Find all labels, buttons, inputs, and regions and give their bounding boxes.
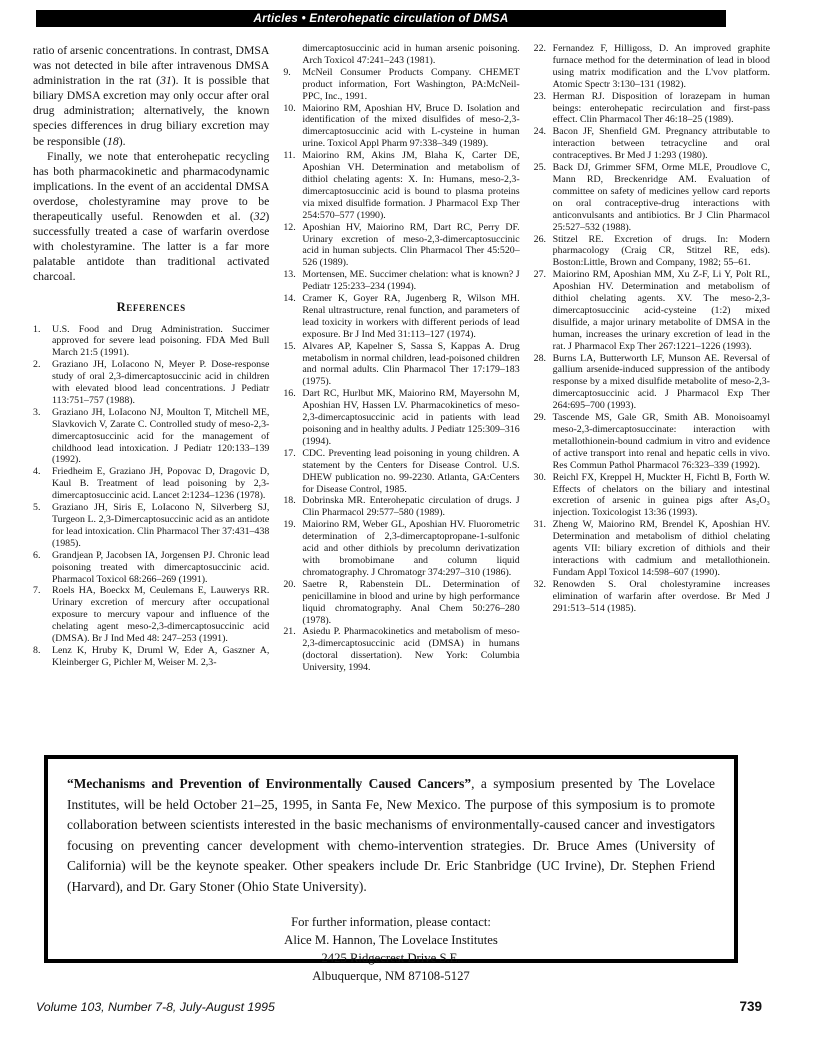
reference-text: Reichl FX, Kreppel H, Muckter H, Fichtl …	[553, 472, 770, 520]
reference-number: 31.	[534, 519, 553, 579]
reference-text: Asiedu P. Pharmacokinetics and metabolis…	[302, 626, 519, 674]
contact-line: For further information, please contact:	[67, 913, 715, 931]
reference-item: 22. Fernandez F, Hilligoss, D. An improv…	[534, 43, 770, 91]
symposium-announcement-box: “Mechanisms and Prevention of Environmen…	[44, 755, 738, 963]
reference-number: 10.	[283, 103, 302, 151]
reference-number: 17.	[283, 448, 302, 496]
reference-number: 12.	[283, 222, 302, 270]
journal-page: Articles • Enterohepatic circulation of …	[0, 0, 816, 1051]
reference-item: 10. Maiorino RM, Aposhian HV, Bruce D. I…	[283, 103, 519, 151]
reference-number: 23.	[534, 91, 553, 127]
reference-item: 17. CDC. Preventing lead poisoning in yo…	[283, 448, 519, 496]
reference-number: 8.	[33, 645, 52, 669]
reference-item: 27. Maiorino RM, Aposhian MM, Xu Z-F, Li…	[534, 269, 770, 352]
reference-number: 13.	[283, 269, 302, 293]
reference-number: 1.	[33, 324, 52, 360]
reference-text: Burns LA, Butterworth LF, Munson AE. Rev…	[553, 353, 770, 413]
reference-text: CDC. Preventing lead poisoning in young …	[302, 448, 519, 496]
reference-text: Dobrinska MR. Enterohepatic circulation …	[302, 495, 519, 519]
reference-number: 19.	[283, 519, 302, 579]
reference-text: Fernandez F, Hilligoss, D. An improved g…	[553, 43, 770, 91]
reference-number: 7.	[33, 585, 52, 645]
reference-text: Graziano JH, LoIacono N, Meyer P. Dose-r…	[52, 359, 269, 407]
reference-number: 26.	[534, 234, 553, 270]
reference-number: 32.	[534, 579, 553, 615]
reference-number: 9.	[283, 67, 302, 103]
reference-text: Tascende MS, Gale GR, Smith AB. Monoisoa…	[553, 412, 770, 472]
reference-text: U.S. Food and Drug Administration. Succi…	[52, 324, 269, 360]
reference-item: 9. McNeil Consumer Products Company. CHE…	[283, 67, 519, 103]
reference-number: 27.	[534, 269, 553, 352]
reference-item: 12. Aposhian HV, Maiorino RM, Dart RC, P…	[283, 222, 519, 270]
announcement-contact-block: For further information, please contact:…	[67, 913, 715, 985]
header-bar-text: Articles • Enterohepatic circulation of …	[254, 13, 509, 25]
reference-list: 1. U.S. Food and Drug Administration. Su…	[33, 324, 269, 669]
reference-list: 22. Fernandez F, Hilligoss, D. An improv…	[534, 43, 770, 615]
reference-item: 20. Saetre R, Rabenstein DL. Determinati…	[283, 579, 519, 627]
reference-text: Alvares AP, Kapelner S, Sassa S, Kappas …	[302, 341, 519, 389]
reference-item: 16. Dart RC, Hurlbut MK, Maiorino RM, Ma…	[283, 388, 519, 448]
reference-item: 24. Bacon JF, Shenfield GM. Pregnancy at…	[534, 126, 770, 162]
reference-number: 18.	[283, 495, 302, 519]
reference-item: 19. Maiorino RM, Weber GL, Aposhian HV. …	[283, 519, 519, 579]
reference-number: 11.	[283, 150, 302, 221]
reference-text: Stitzel RE. Excretion of drugs. In: Mode…	[553, 234, 770, 270]
column-1: ratio of arsenic concentrations. In cont…	[33, 43, 269, 740]
reference-number: 15.	[283, 341, 302, 389]
reference-number: 30.	[534, 472, 553, 520]
reference-text: Maiorino RM, Weber GL, Aposhian HV. Fluo…	[302, 519, 519, 579]
page-number: 739	[739, 999, 762, 1014]
reference-text: Back DJ, Grimmer SFM, Orme MLE, Proudlov…	[553, 162, 770, 233]
reference-item: 3. Graziano JH, LoIacono NJ, Moulton T, …	[33, 407, 269, 467]
reference-text: Herman RJ. Disposition of lorazepam in h…	[553, 91, 770, 127]
reference-number: 24.	[534, 126, 553, 162]
reference-text: Renowden S. Oral cholestyramine increase…	[553, 579, 770, 615]
reference-item: 15. Alvares AP, Kapelner S, Sassa S, Kap…	[283, 341, 519, 389]
references-heading: References	[33, 300, 269, 315]
reference-item: 1. U.S. Food and Drug Administration. Su…	[33, 324, 269, 360]
reference-continuation: dimercaptosuccinic acid in human arsenic…	[302, 43, 519, 67]
reference-item: 5. Graziano JH, Siris E, LoIacono N, Sil…	[33, 502, 269, 550]
article-header-bar: Articles • Enterohepatic circulation of …	[36, 10, 726, 27]
reference-text: Maiorino RM, Akins JM, Blaha K, Carter D…	[302, 150, 519, 221]
reference-number: 14.	[283, 293, 302, 341]
reference-number: 2.	[33, 359, 52, 407]
reference-text: Roels HA, Boeckx M, Ceulemans E, Lauwery…	[52, 585, 269, 645]
reference-text: Lenz K, Hruby K, Druml W, Eder A, Gaszne…	[52, 645, 269, 669]
reference-item: 11. Maiorino RM, Akins JM, Blaha K, Cart…	[283, 150, 519, 221]
reference-number: 6.	[33, 550, 52, 586]
reference-item: 25. Back DJ, Grimmer SFM, Orme MLE, Prou…	[534, 162, 770, 233]
reference-text: McNeil Consumer Products Company. CHEMET…	[302, 67, 519, 103]
article-columns: ratio of arsenic concentrations. In cont…	[33, 43, 770, 740]
reference-text: Bacon JF, Shenfield GM. Pregnancy attrib…	[553, 126, 770, 162]
body-paragraph: Finally, we note that enterohepatic recy…	[33, 149, 269, 285]
reference-item: 30. Reichl FX, Kreppel H, Muckter H, Fic…	[534, 472, 770, 520]
reference-number: 22.	[534, 43, 553, 91]
reference-number: 3.	[33, 407, 52, 467]
reference-list: 9. McNeil Consumer Products Company. CHE…	[283, 67, 519, 674]
reference-item: 8. Lenz K, Hruby K, Druml W, Eder A, Gas…	[33, 645, 269, 669]
reference-text: Mortensen, ME. Succimer chelation: what …	[302, 269, 519, 293]
reference-text: Friedheim E, Graziano JH, Popovac D, Dra…	[52, 466, 269, 502]
reference-text: Maiorino RM, Aposhian MM, Xu Z-F, Li Y, …	[553, 269, 770, 352]
reference-number: 28.	[534, 353, 553, 413]
reference-text: Graziano JH, Siris E, LoIacono N, Silver…	[52, 502, 269, 550]
reference-item: 31. Zheng W, Maiorino RM, Brendel K, Apo…	[534, 519, 770, 579]
column-3: 22. Fernandez F, Hilligoss, D. An improv…	[534, 43, 770, 740]
reference-text: Grandjean P, Jacobsen IA, Jorgensen PJ. …	[52, 550, 269, 586]
reference-text: Maiorino RM, Aposhian HV, Bruce D. Isola…	[302, 103, 519, 151]
announcement-paragraph: “Mechanisms and Prevention of Environmen…	[67, 774, 715, 898]
reference-item: 7. Roels HA, Boeckx M, Ceulemans E, Lauw…	[33, 585, 269, 645]
reference-number: 20.	[283, 579, 302, 627]
reference-number: 5.	[33, 502, 52, 550]
reference-item: 18. Dobrinska MR. Enterohepatic circulat…	[283, 495, 519, 519]
column-2: dimercaptosuccinic acid in human arsenic…	[283, 43, 519, 740]
reference-text: Cramer K, Goyer RA, Jugenberg R, Wilson …	[302, 293, 519, 341]
reference-number: 4.	[33, 466, 52, 502]
volume-line: Volume 103, Number 7-8, July-August 1995	[36, 1000, 275, 1014]
body-paragraph: ratio of arsenic concentrations. In cont…	[33, 43, 269, 149]
reference-number: 21.	[283, 626, 302, 674]
reference-item: 4. Friedheim E, Graziano JH, Popovac D, …	[33, 466, 269, 502]
reference-text: Saetre R, Rabenstein DL. Determination o…	[302, 579, 519, 627]
contact-line: 2425 Ridgecrest Drive S.E.	[67, 949, 715, 967]
reference-item: 23. Herman RJ. Disposition of lorazepam …	[534, 91, 770, 127]
reference-number: 29.	[534, 412, 553, 472]
reference-text: Aposhian HV, Maiorino RM, Dart RC, Perry…	[302, 222, 519, 270]
reference-item: 14. Cramer K, Goyer RA, Jugenberg R, Wil…	[283, 293, 519, 341]
reference-item: 26. Stitzel RE. Excretion of drugs. In: …	[534, 234, 770, 270]
reference-item: 29. Tascende MS, Gale GR, Smith AB. Mono…	[534, 412, 770, 472]
reference-number: 25.	[534, 162, 553, 233]
reference-text: Zheng W, Maiorino RM, Brendel K, Aposhia…	[553, 519, 770, 579]
reference-item: 6. Grandjean P, Jacobsen IA, Jorgensen P…	[33, 550, 269, 586]
reference-item: 32. Renowden S. Oral cholestyramine incr…	[534, 579, 770, 615]
reference-item: 13. Mortensen, ME. Succimer chelation: w…	[283, 269, 519, 293]
contact-line: Alice M. Hannon, The Lovelace Institutes	[67, 931, 715, 949]
reference-number: 16.	[283, 388, 302, 448]
reference-item: 28. Burns LA, Butterworth LF, Munson AE.…	[534, 353, 770, 413]
reference-item: 21. Asiedu P. Pharmacokinetics and metab…	[283, 626, 519, 674]
reference-text: Dart RC, Hurlbut MK, Maiorino RM, Mayers…	[302, 388, 519, 448]
contact-line: Albuquerque, NM 87108-5127	[67, 967, 715, 985]
reference-text: Graziano JH, LoIacono NJ, Moulton T, Mit…	[52, 407, 269, 467]
page-footer: Volume 103, Number 7-8, July-August 1995…	[36, 999, 762, 1014]
reference-item: 2. Graziano JH, LoIacono N, Meyer P. Dos…	[33, 359, 269, 407]
